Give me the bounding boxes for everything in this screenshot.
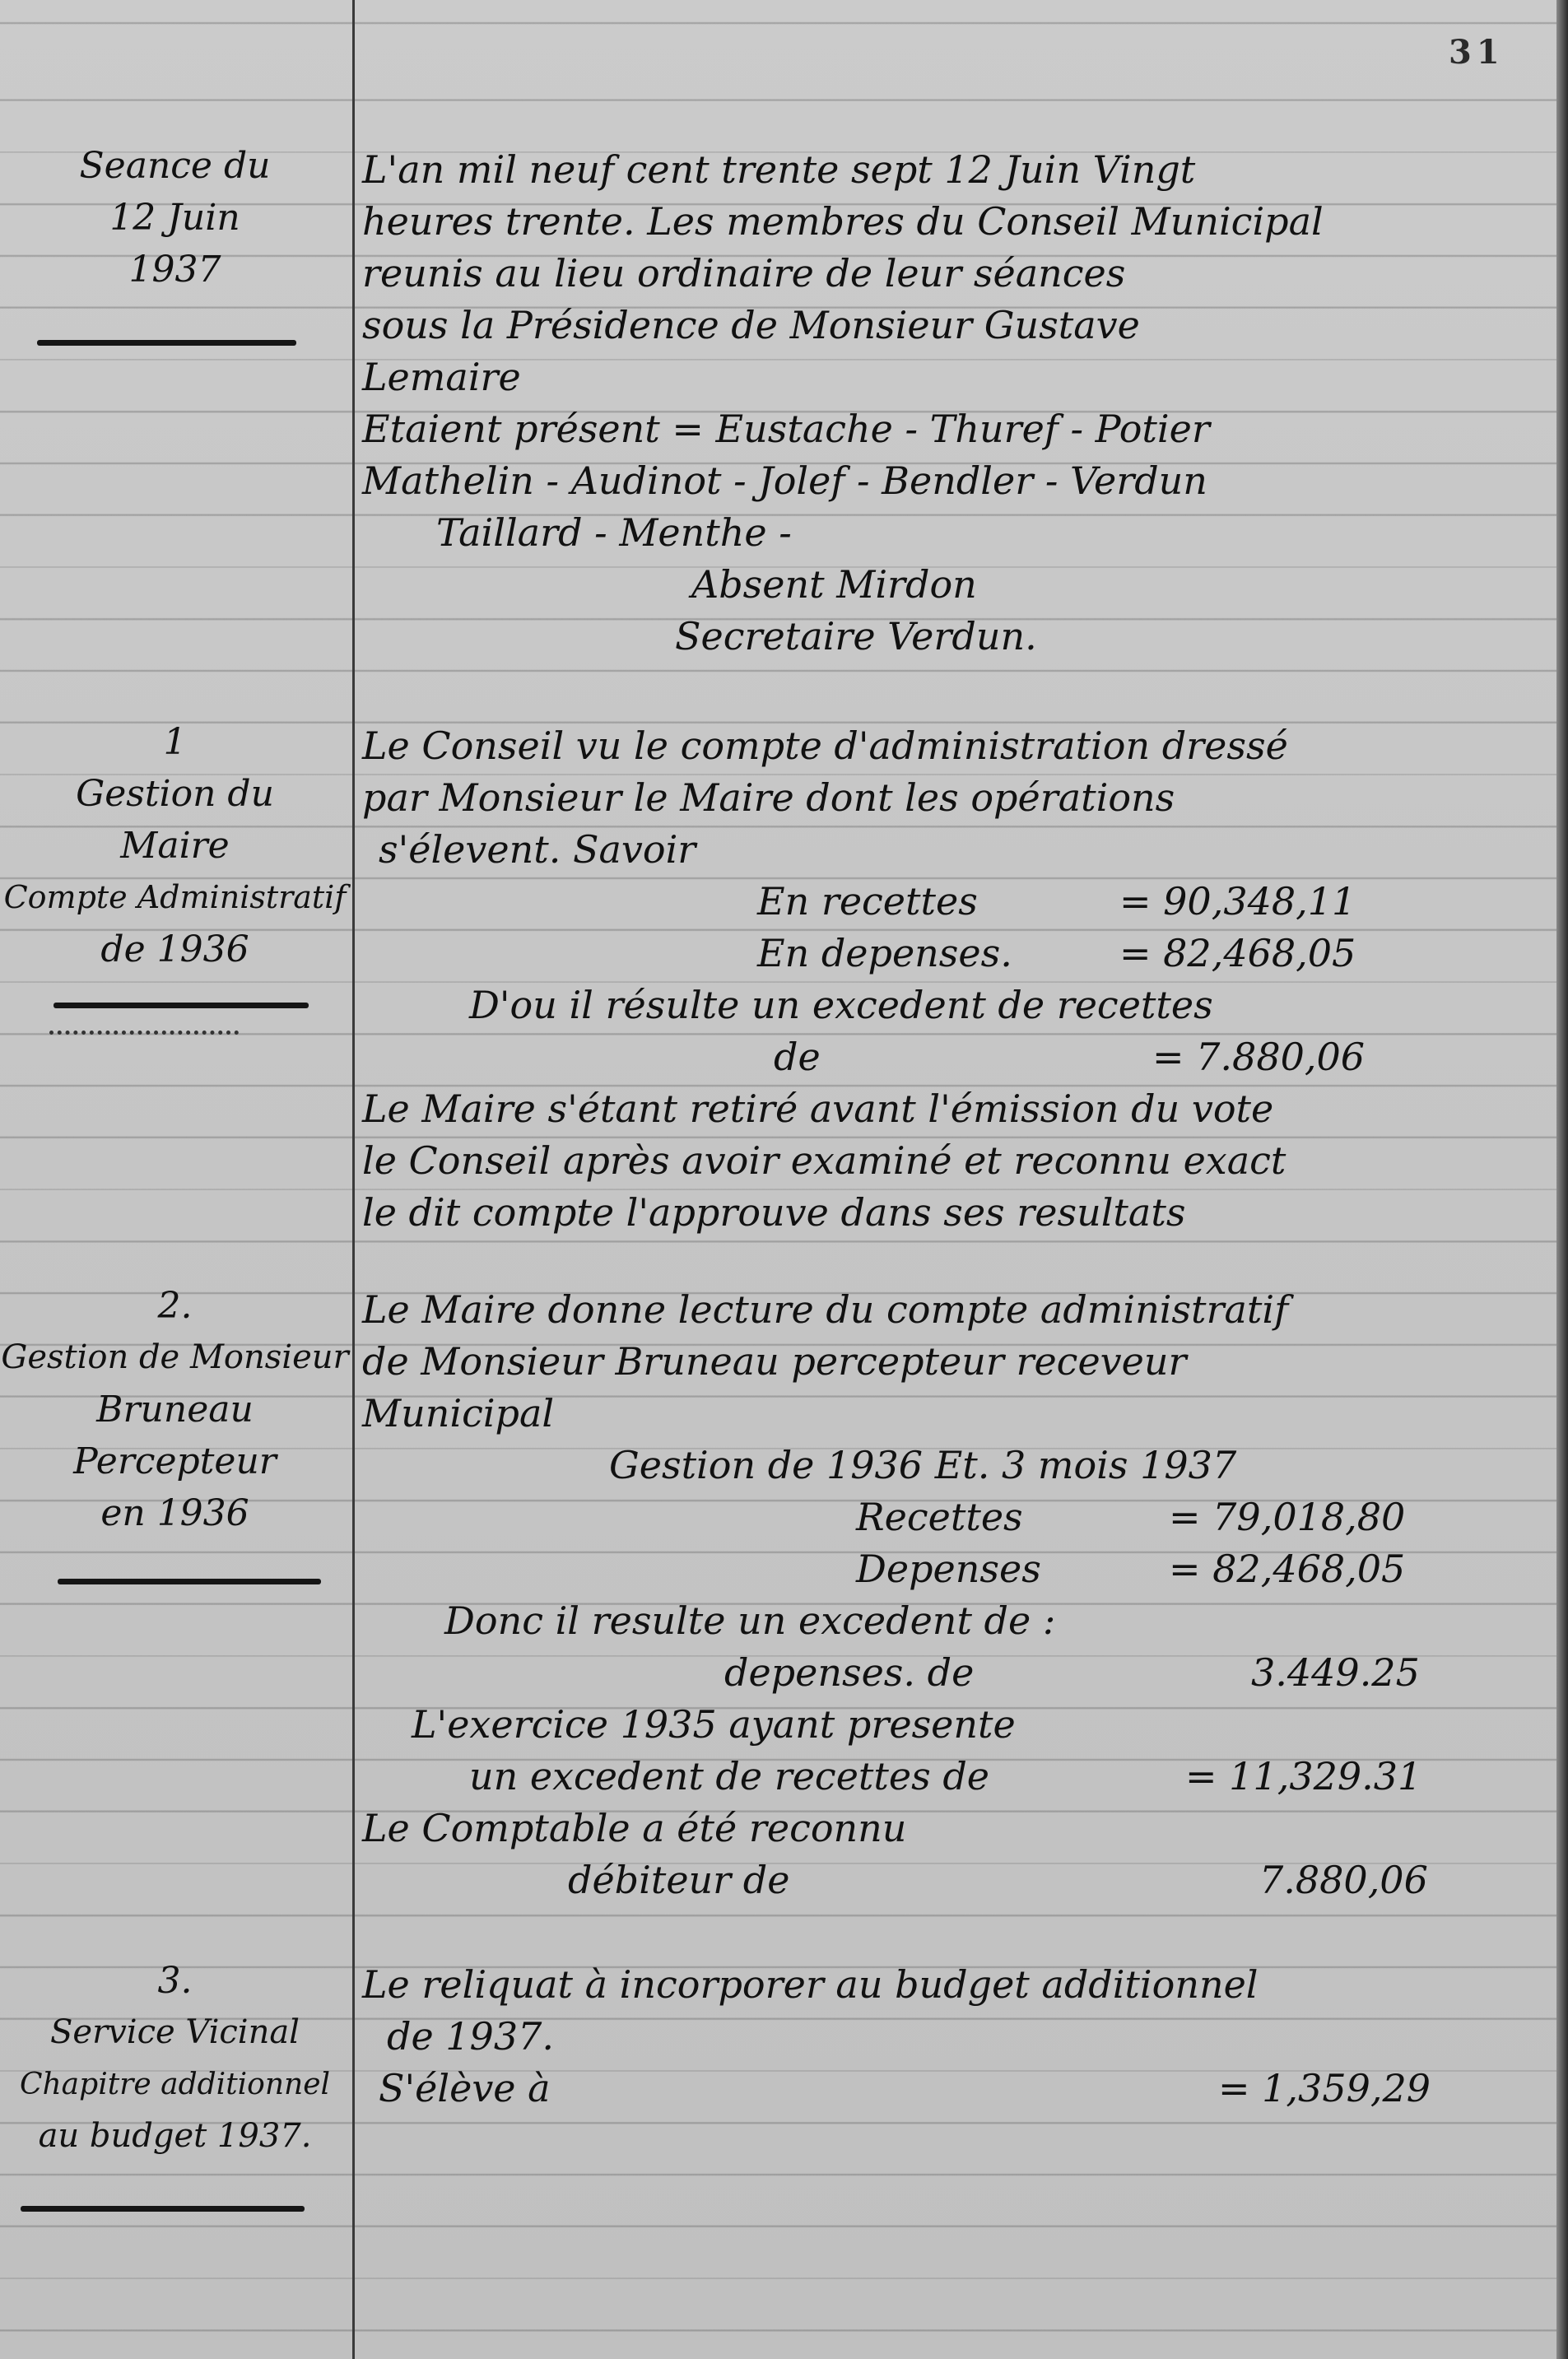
amount-label: un excedent de recettes de bbox=[362, 1751, 989, 1803]
amount-label: depenses. de bbox=[362, 1647, 974, 1699]
preamble-line: sous la Présidence de Monsieur Gustave bbox=[362, 300, 1547, 351]
amount-row: S'élève à = 1,359,29 bbox=[362, 2063, 1547, 2115]
section-title: Maire bbox=[0, 820, 350, 872]
section-1-body: Le Conseil vu le compte d'administration… bbox=[362, 720, 1547, 1239]
body-line: Municipal bbox=[362, 1388, 1547, 1440]
section-title: Percepteur bbox=[0, 1435, 350, 1487]
amount-row: En recettes = 90,348,11 bbox=[362, 876, 1547, 928]
result-line: D'ou il résulte un excedent de recettes bbox=[362, 979, 1547, 1031]
amount-label: En depenses. bbox=[362, 928, 1012, 979]
preamble-line: L'an mil neuf cent trente sept 12 Juin V… bbox=[362, 144, 1547, 196]
folio-number: 31 bbox=[1449, 33, 1505, 72]
dotted-separator bbox=[49, 1031, 239, 1035]
body-line: le dit compte l'approuve dans ses result… bbox=[362, 1187, 1547, 1239]
session-date-note: Seance du 12 Juin 1937 bbox=[0, 140, 350, 295]
prior-year-line: L'exercice 1935 ayant presente bbox=[362, 1699, 1547, 1751]
body-line: Le Conseil vu le compte d'administration… bbox=[362, 720, 1547, 772]
present-members: Etaient présent = Eustache - Thuref - Po… bbox=[362, 403, 1547, 455]
section-3-note: 3. Service Vicinal Chapitre additionnel … bbox=[0, 1955, 350, 2162]
amount-row: depenses. de 3.449.25 bbox=[362, 1647, 1547, 1699]
section-number: 2. bbox=[0, 1280, 350, 1332]
body-line: de Monsieur Bruneau percepteur receveur bbox=[362, 1336, 1547, 1388]
section-3-body: Le reliquat à incorporer au budget addit… bbox=[362, 1959, 1547, 2115]
amount-row: Recettes = 79,018,80 bbox=[362, 1491, 1547, 1543]
president-name: Lemaire bbox=[362, 351, 1547, 403]
amount-row: En depenses. = 82,468,05 bbox=[362, 928, 1547, 979]
section-title: Service Vicinal bbox=[0, 2007, 350, 2059]
amount-value: 7.880,06 bbox=[1259, 1854, 1428, 1906]
body-line: par Monsieur le Maire dont les opération… bbox=[362, 772, 1547, 824]
amount-value: = 82,468,05 bbox=[1119, 928, 1356, 979]
body-line: Le Maire donne lecture du compte adminis… bbox=[362, 1284, 1547, 1336]
amount-value: 3.449.25 bbox=[1251, 1647, 1420, 1699]
section-title: en 1936 bbox=[0, 1487, 350, 1539]
body-line: Le Maire s'étant retiré avant l'émission… bbox=[362, 1083, 1547, 1135]
absent-members: Absent Mirdon bbox=[362, 559, 1547, 611]
period-line: Gestion de 1936 Et. 3 mois 1937 bbox=[362, 1440, 1547, 1491]
margin-underline bbox=[58, 1579, 321, 1584]
page-binding-edge bbox=[1556, 0, 1568, 2359]
margin-underline bbox=[37, 340, 296, 346]
present-members: Mathelin - Audinot - Jolef - Bendler - V… bbox=[362, 455, 1547, 507]
section-title: Chapitre additionnel bbox=[0, 2059, 350, 2110]
amount-label: de bbox=[362, 1031, 821, 1083]
accountant-line: Le Comptable a été reconnu bbox=[362, 1803, 1547, 1854]
amount-label: S'élève à bbox=[362, 2063, 551, 2115]
margin-underline bbox=[21, 2206, 305, 2212]
amount-value: = 11,329.31 bbox=[1185, 1751, 1421, 1803]
amount-value: = 7.880,06 bbox=[1152, 1031, 1365, 1083]
section-title: de 1936 bbox=[0, 924, 350, 975]
margin-underline bbox=[54, 1003, 309, 1008]
section-title: au budget 1937. bbox=[0, 2110, 350, 2162]
session-day: 12 Juin bbox=[0, 192, 350, 244]
session-year: 1937 bbox=[0, 244, 350, 295]
section-2-body: Le Maire donne lecture du compte adminis… bbox=[362, 1284, 1547, 1906]
section-1-note: 1 Gestion du Maire Compte Administratif … bbox=[0, 716, 350, 975]
amount-value: = 82,468,05 bbox=[1169, 1543, 1405, 1595]
body-line: s'élevent. Savoir bbox=[362, 824, 1547, 876]
amount-value: = 1,359,29 bbox=[1218, 2063, 1431, 2115]
session-title: Seance du bbox=[0, 140, 350, 192]
amount-label: En recettes bbox=[362, 876, 978, 928]
preamble-line: heures trente. Les membres du Conseil Mu… bbox=[362, 196, 1547, 248]
margin-column-rule bbox=[352, 0, 355, 2359]
section-number: 3. bbox=[0, 1955, 350, 2007]
secretary: Secretaire Verdun. bbox=[362, 611, 1547, 663]
section-title: Gestion du bbox=[0, 768, 350, 820]
amount-value: = 90,348,11 bbox=[1119, 876, 1356, 928]
amount-label: Recettes bbox=[362, 1491, 1023, 1543]
amount-value: = 79,018,80 bbox=[1169, 1491, 1405, 1543]
section-title: Gestion de Monsieur bbox=[0, 1332, 350, 1384]
amount-row: de = 7.880,06 bbox=[362, 1031, 1547, 1083]
body-line: Le reliquat à incorporer au budget addit… bbox=[362, 1959, 1547, 2011]
result-line: Donc il resulte un excedent de : bbox=[362, 1595, 1547, 1647]
amount-row: Depenses = 82,468,05 bbox=[362, 1543, 1547, 1595]
section-title: Bruneau bbox=[0, 1384, 350, 1435]
section-2-note: 2. Gestion de Monsieur Bruneau Percepteu… bbox=[0, 1280, 350, 1539]
amount-row: débiteur de 7.880,06 bbox=[362, 1854, 1547, 1906]
section-title: Compte Administratif bbox=[0, 872, 350, 924]
section-number: 1 bbox=[0, 716, 350, 768]
register-page: 31 Seance du 12 Juin 1937 L'an mil neuf … bbox=[0, 0, 1568, 2359]
amount-label: débiteur de bbox=[362, 1854, 789, 1906]
body-line: le Conseil après avoir examiné et reconn… bbox=[362, 1135, 1547, 1187]
body-line: de 1937. bbox=[362, 2011, 1547, 2063]
present-members: Taillard - Menthe - bbox=[362, 507, 1547, 559]
amount-label: Depenses bbox=[362, 1543, 1041, 1595]
preamble-line: reunis au lieu ordinaire de leur séances bbox=[362, 248, 1547, 300]
preamble: L'an mil neuf cent trente sept 12 Juin V… bbox=[362, 144, 1547, 663]
amount-row: un excedent de recettes de = 11,329.31 bbox=[362, 1751, 1547, 1803]
